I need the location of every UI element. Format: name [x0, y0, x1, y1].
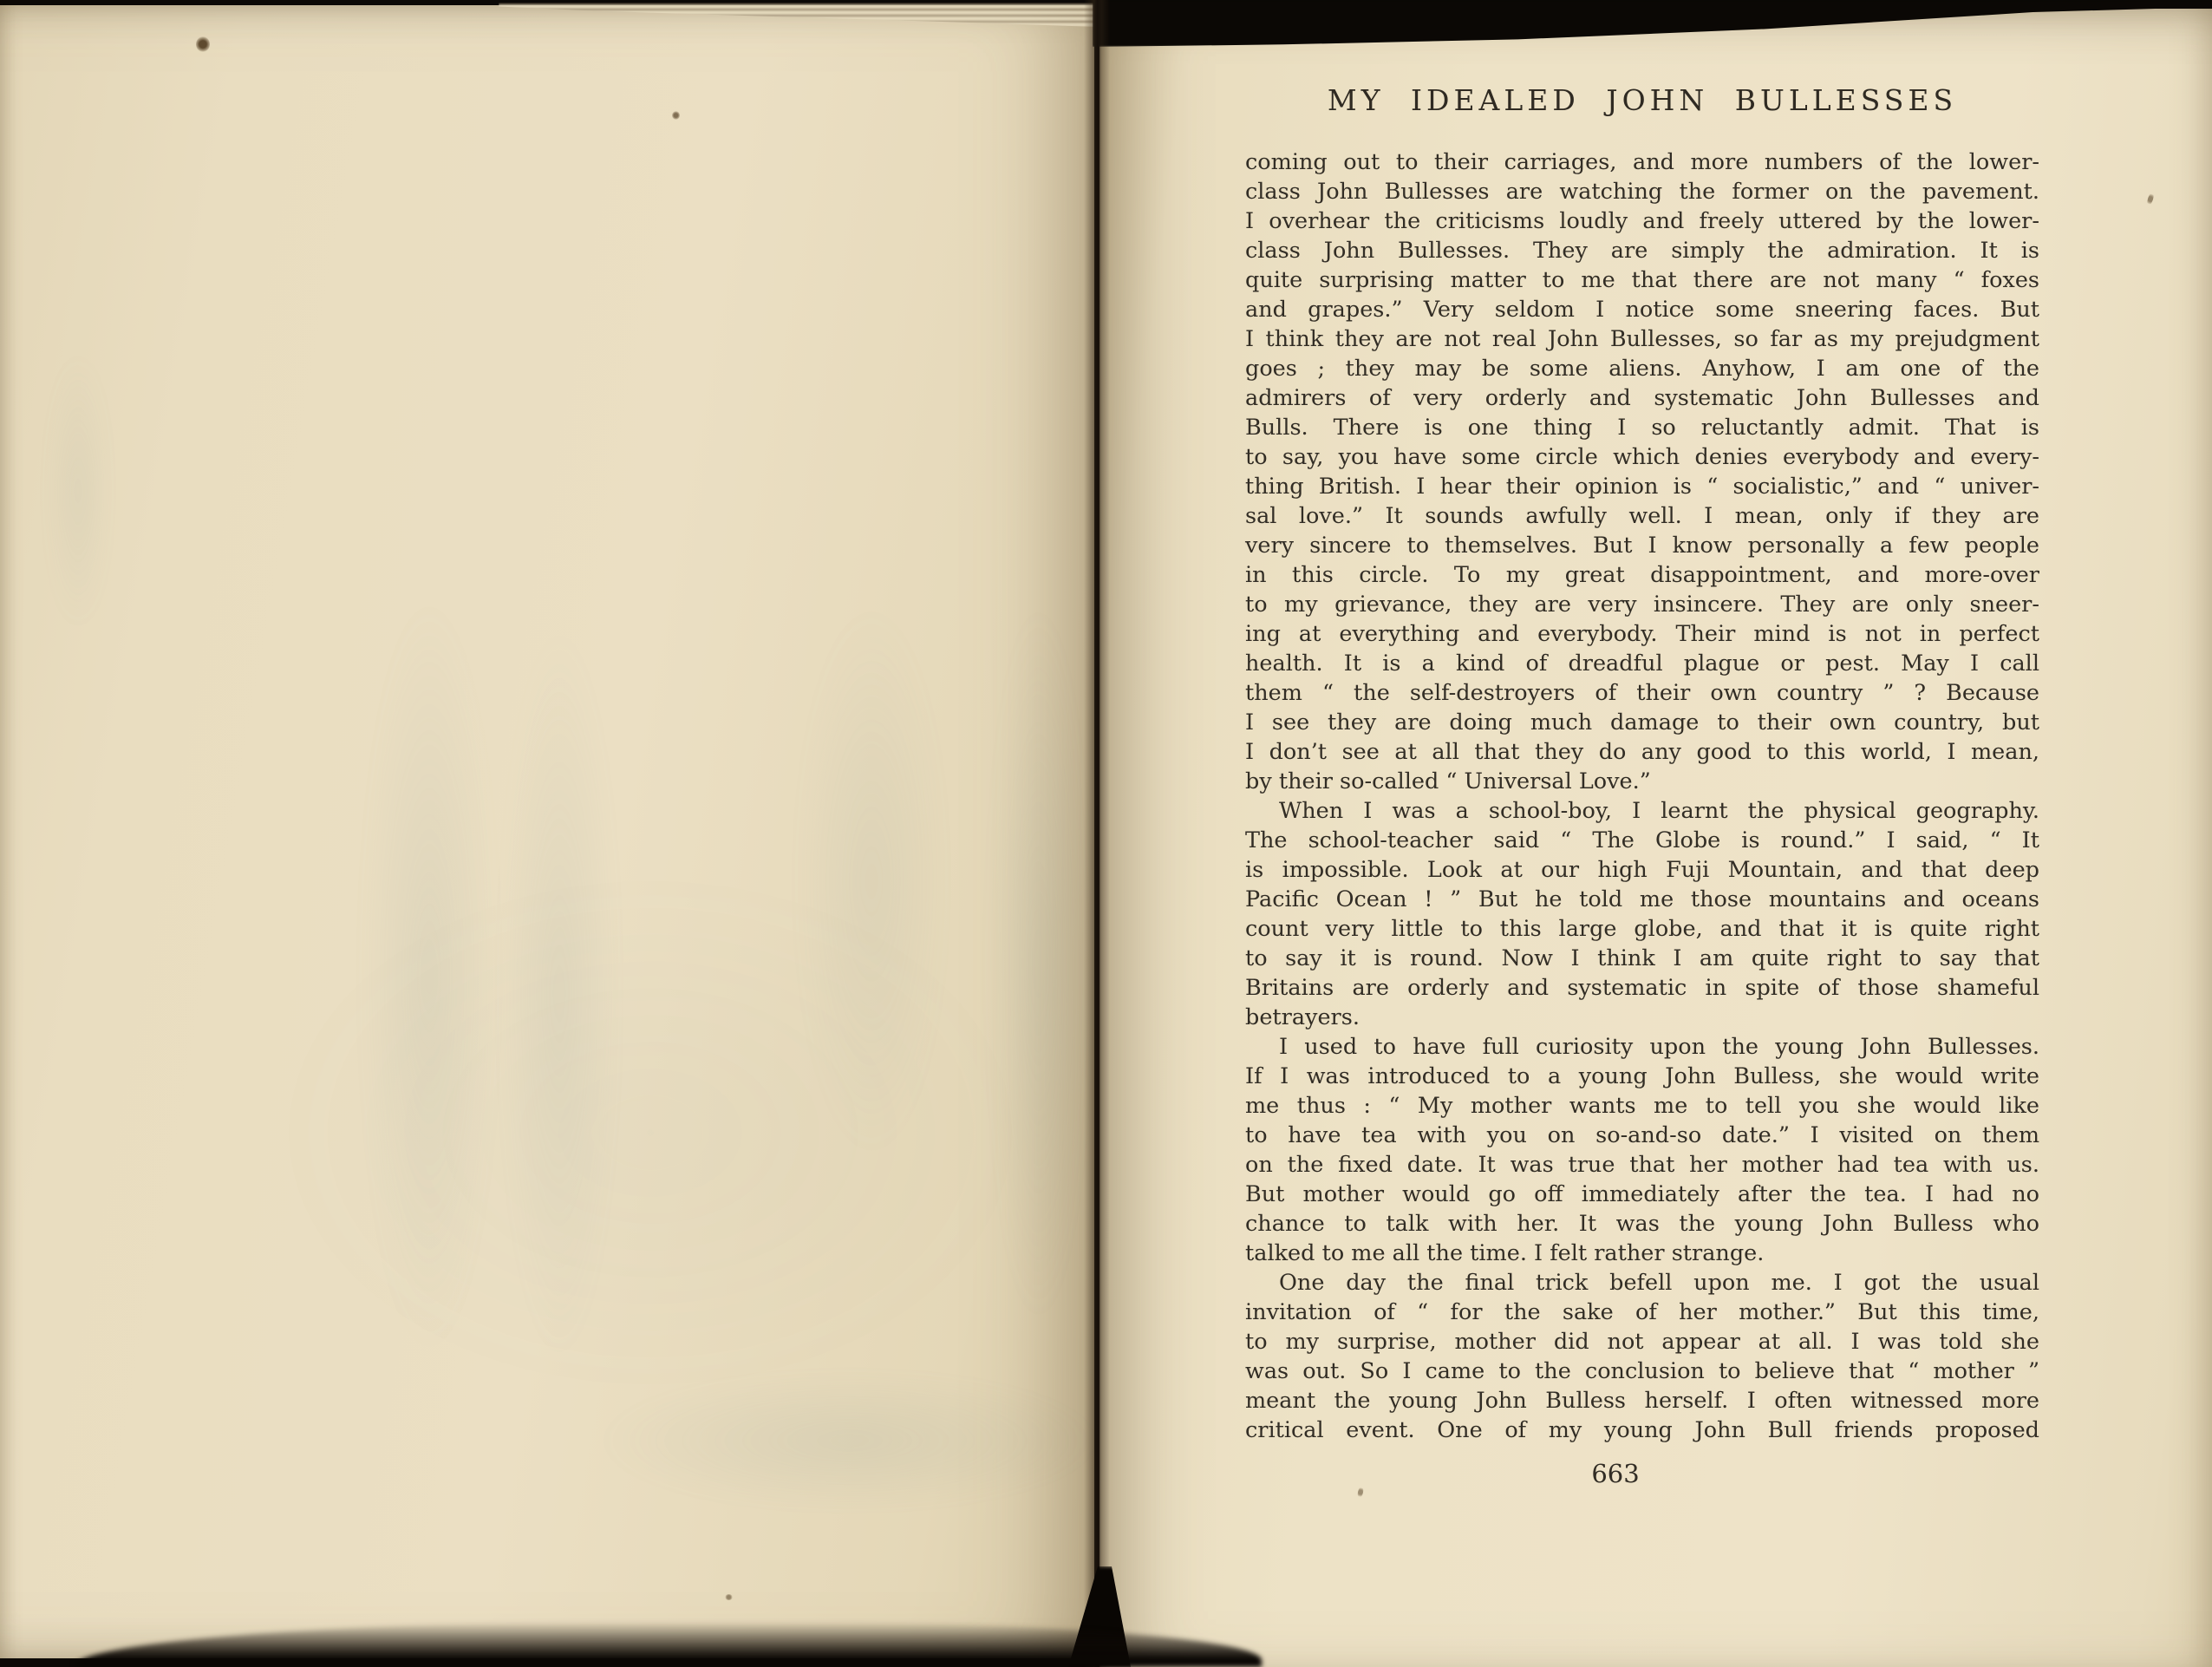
text-line: I don’t see at all that they do any good…	[1245, 737, 2039, 767]
text-line: The school-teacher said “ The Globe is r…	[1245, 826, 2039, 855]
text-line: ing at everything and everybody. Their m…	[1245, 619, 2039, 649]
foxing-speck	[725, 1594, 733, 1600]
text-line: meant the young John Bulless herself. I …	[1245, 1386, 2039, 1415]
show-through-ghost	[48, 348, 108, 634]
text-line: One day the final trick befell upon me. …	[1245, 1268, 2039, 1298]
text-line: coming out to their carriages, and more …	[1245, 147, 2039, 177]
text-line: admirers of very orderly and systematic …	[1245, 383, 2039, 413]
text-line: critical event. One of my young John Bul…	[1245, 1415, 2039, 1445]
text-line: count very little to this large globe, a…	[1245, 914, 2039, 944]
text-line: I overhear the criticisms loudly and fre…	[1245, 206, 2039, 236]
book-spread-photo: MY IDEALED JOHN BULLESSES coming out to …	[0, 0, 2212, 1667]
body-text: coming out to their carriages, and more …	[1245, 147, 2039, 1445]
text-line: very sincere to themselves. But I know p…	[1245, 531, 2039, 560]
text-line: goes ; they may be some aliens. Anyhow, …	[1245, 354, 2039, 383]
text-line: to have tea with you on so-and-so date.”…	[1245, 1121, 2039, 1150]
text-line: I think they are not real John Bullesses…	[1245, 324, 2039, 354]
text-line: to my grievance, they are very insincere…	[1245, 590, 2039, 619]
text-line: class John Bullesses. They are simply th…	[1245, 236, 2039, 265]
foxing-speck	[672, 111, 680, 120]
text-line: quite surprising matter to me that there…	[1245, 265, 2039, 295]
text-line: Pacific Ocean ! ” But he told me those m…	[1245, 885, 2039, 914]
text-line: talked to me all the time. I felt rather…	[1245, 1239, 2039, 1268]
text-line: Britains are orderly and systematic in s…	[1245, 973, 2039, 1003]
running-header: MY IDEALED JOHN BULLESSES	[1245, 85, 2039, 116]
text-line: and grapes.” Very seldom I notice some s…	[1245, 295, 2039, 324]
text-line: health. It is a kind of dreadful plague …	[1245, 649, 2039, 678]
text-line: I used to have full curiosity upon the y…	[1245, 1032, 2039, 1062]
text-line: betrayers.	[1245, 1003, 2039, 1032]
text-line: If I was introduced to a young John Bull…	[1245, 1062, 2039, 1091]
foxing-speck	[196, 36, 210, 52]
show-through-ghost	[251, 855, 1049, 1410]
text-line: thing British. I hear their opinion is “…	[1245, 472, 2039, 501]
text-line: Bulls. There is one thing I so reluctant…	[1245, 413, 2039, 442]
text-line: to my surprise, mother did not appear at…	[1245, 1327, 2039, 1356]
text-line: was out. So I came to the conclusion to …	[1245, 1356, 2039, 1386]
text-line: invitation of “ for the sake of her moth…	[1245, 1298, 2039, 1327]
text-line: me thus : “ My mother wants me to tell y…	[1245, 1091, 2039, 1121]
text-line: to say it is round. Now I think I am qui…	[1245, 944, 2039, 973]
text-line: chance to talk with her. It was the youn…	[1245, 1209, 2039, 1239]
text-line: sal love.” It sounds awfully well. I mea…	[1245, 501, 2039, 531]
text-line: is impossible. Look at our high Fuji Mou…	[1245, 855, 2039, 885]
text-line: by their so-called “ Universal Love.”	[1245, 767, 2039, 796]
page-number: 663	[1442, 1459, 1789, 1488]
gutter-shadow	[1084, 0, 1110, 1667]
text-line: in this circle. To my great disappointme…	[1245, 560, 2039, 590]
text-line: them “ the self-destroyers of their own …	[1245, 678, 2039, 708]
text-line: When I was a school-boy, I learnt the ph…	[1245, 796, 2039, 826]
text-line: class John Bullesses are watching the fo…	[1245, 177, 2039, 206]
text-line: to say, you have some circle which denie…	[1245, 442, 2039, 472]
left-blank-page	[0, 5, 1094, 1658]
text-line: I see they are doing much damage to thei…	[1245, 708, 2039, 737]
text-line: on the fixed date. It was true that her …	[1245, 1150, 2039, 1180]
text-line: But mother would go off immediately afte…	[1245, 1180, 2039, 1209]
